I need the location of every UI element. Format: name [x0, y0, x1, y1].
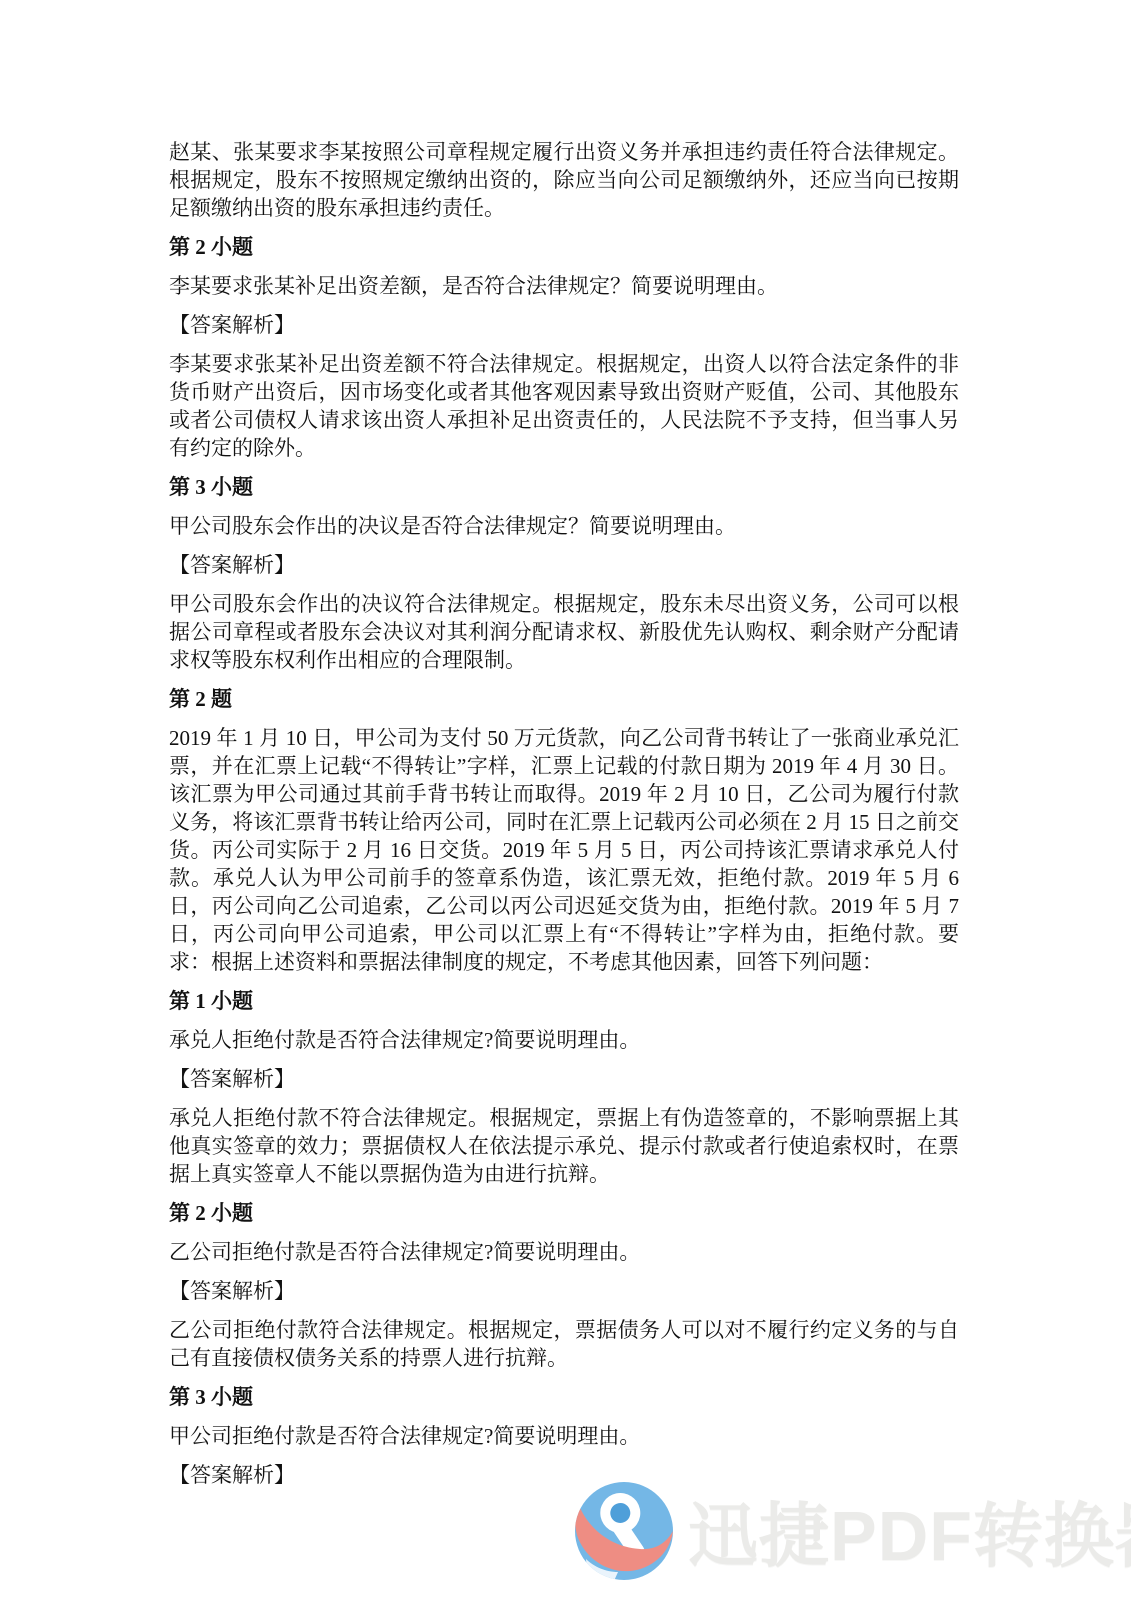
document-page: 赵某、张某要求李某按照公司章程规定履行出资义务并承担违约责任符合法律规定。根据规…	[0, 0, 1131, 1600]
pdf-converter-logo-icon	[574, 1481, 674, 1581]
question-heading: 第 3 小题	[169, 1383, 959, 1411]
body-paragraph: 赵某、张某要求李某按照公司章程规定履行出资义务并承担违约责任符合法律规定。根据规…	[169, 138, 959, 222]
question-heading: 第 3 小题	[169, 473, 959, 501]
body-paragraph: 甲公司拒绝付款是否符合法律规定?简要说明理由。	[169, 1422, 959, 1450]
watermark: 迅捷PDF转换器	[574, 1480, 1131, 1581]
answer-analysis-label: 【答案解析】	[169, 551, 959, 579]
answer-analysis-label: 【答案解析】	[169, 1277, 959, 1305]
body-paragraph: 甲公司股东会作出的决议是否符合法律规定？简要说明理由。	[169, 512, 959, 540]
body-paragraph: 甲公司股东会作出的决议符合法律规定。根据规定，股东未尽出资义务，公司可以根据公司…	[169, 590, 959, 674]
answer-analysis-label: 【答案解析】	[169, 1065, 959, 1093]
question-heading: 第 2 小题	[169, 1199, 959, 1227]
body-paragraph: 承兑人拒绝付款不符合法律规定。根据规定，票据上有伪造签章的，不影响票据上其他真实…	[169, 1104, 959, 1188]
watermark-text: 迅捷PDF转换器	[688, 1480, 1131, 1581]
body-paragraph: 承兑人拒绝付款是否符合法律规定?简要说明理由。	[169, 1026, 959, 1054]
answer-analysis-label: 【答案解析】	[169, 311, 959, 339]
question-heading: 第 2 题	[169, 685, 959, 713]
question-heading: 第 1 小题	[169, 987, 959, 1015]
body-paragraph: 李某要求张某补足出资差额不符合法律规定。根据规定，出资人以符合法定条件的非货币财…	[169, 350, 959, 462]
document-content: 赵某、张某要求李某按照公司章程规定履行出资义务并承担违约责任符合法律规定。根据规…	[169, 138, 959, 1500]
body-paragraph: 乙公司拒绝付款符合法律规定。根据规定，票据债务人可以对不履行约定义务的与自己有直…	[169, 1316, 959, 1372]
body-paragraph: 乙公司拒绝付款是否符合法律规定?简要说明理由。	[169, 1238, 959, 1266]
body-paragraph: 2019 年 1 月 10 日，甲公司为支付 50 万元货款，向乙公司背书转让了…	[169, 724, 959, 976]
question-heading: 第 2 小题	[169, 233, 959, 261]
body-paragraph: 李某要求张某补足出资差额，是否符合法律规定？简要说明理由。	[169, 272, 959, 300]
